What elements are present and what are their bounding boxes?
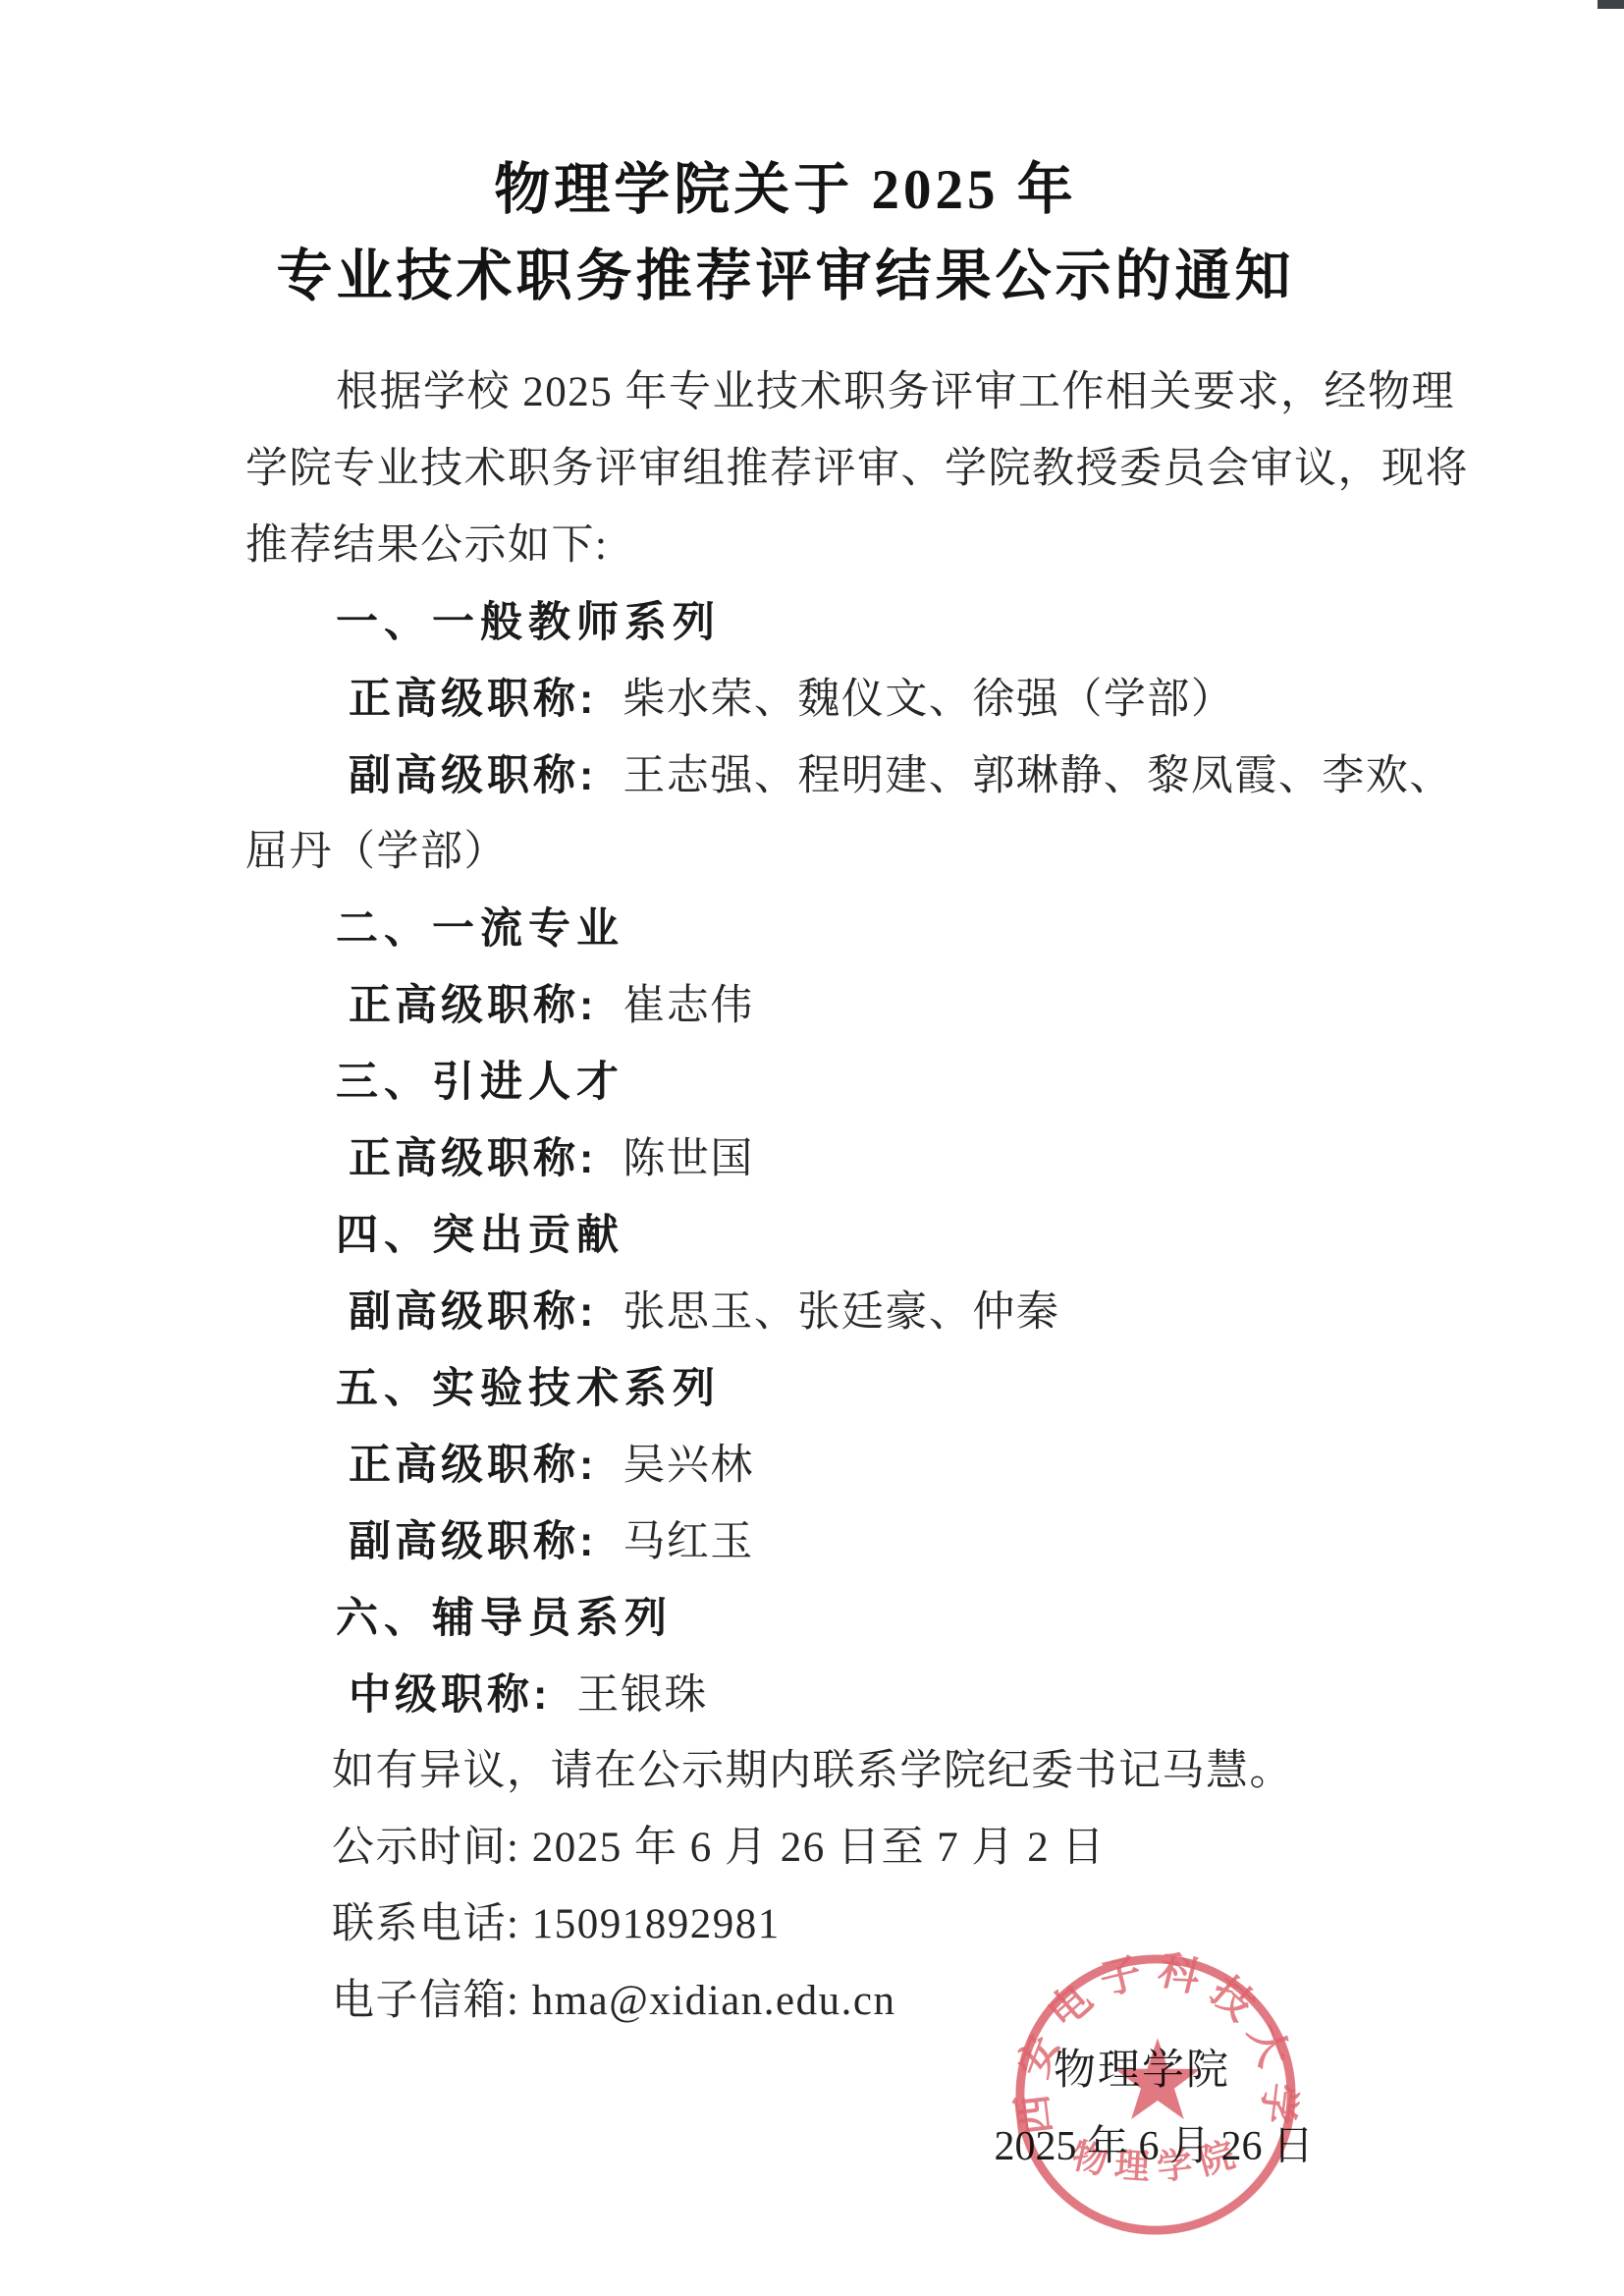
body-line: 中级职称:王银珠 bbox=[245, 1657, 1434, 1733]
line-label: 中级职称: bbox=[349, 1671, 551, 1719]
line-label: 副高级职称: bbox=[349, 1288, 597, 1336]
line-label: 正高级职称: bbox=[349, 1135, 597, 1182]
scanned-notice-page: 物理学院关于 2025 年 专业技术职务推荐评审结果公示的通知 根据学校 202… bbox=[0, 0, 1624, 2296]
line-text: 张思玉、张廷豪、仲秦 bbox=[623, 1289, 1059, 1336]
line-text: 根据学校 2025 年专业技术职务评审工作相关要求，经物理 bbox=[336, 369, 1455, 415]
body-line: 正高级职称:崔志伟 bbox=[245, 967, 1434, 1044]
svg-text:西安电子科技大学: 西安电子科技大学 bbox=[1009, 1948, 1302, 2138]
body-line: 正高级职称:吴兴林 bbox=[245, 1427, 1434, 1503]
line-text: 崔志伟 bbox=[623, 983, 754, 1029]
body-line: 二、一流专业 bbox=[245, 891, 1434, 967]
official-seal-stamp: 西安电子科技大学 物理学院 bbox=[1009, 1948, 1302, 2241]
line-label: 三、引进人才 bbox=[336, 1059, 624, 1106]
body-line: 六、辅导员系列 bbox=[245, 1580, 1434, 1657]
line-label: 一、一般教师系列 bbox=[336, 599, 721, 646]
body-line: 副高级职称:马红玉 bbox=[245, 1503, 1434, 1580]
title-line-1: 物理学院关于 2025 年 bbox=[0, 147, 1571, 234]
line-text: 如有异议，请在公示期内联系学院纪委书记马慧。 bbox=[332, 1748, 1293, 1794]
body-line: 公示时间: 2025 年 6 月 26 日至 7 月 2 日 bbox=[245, 1810, 1434, 1886]
body-line: 正高级职称:陈世国 bbox=[245, 1121, 1434, 1197]
body-line: 根据学校 2025 年专业技术职务评审工作相关要求，经物理 bbox=[245, 355, 1434, 431]
line-text: 柴水荣、魏仪文、徐强（学部） bbox=[623, 677, 1234, 723]
body-line: 推荐结果公示如下: bbox=[245, 508, 1434, 584]
seal-inner-text: 物理学院 bbox=[1068, 2132, 1249, 2187]
line-label: 副高级职称: bbox=[349, 1518, 597, 1565]
line-label: 正高级职称: bbox=[349, 1442, 597, 1489]
line-text: 公示时间: 2025 年 6 月 26 日至 7 月 2 日 bbox=[332, 1825, 1106, 1871]
line-text: 陈世国 bbox=[623, 1136, 754, 1182]
body-line: 正高级职称:柴水荣、魏仪文、徐强（学部） bbox=[245, 661, 1434, 738]
line-text: 王银珠 bbox=[576, 1672, 708, 1719]
line-text: 吴兴林 bbox=[623, 1443, 754, 1489]
document-title: 物理学院关于 2025 年 专业技术职务推荐评审结果公示的通知 bbox=[0, 147, 1571, 320]
line-text: 屈丹（学部） bbox=[245, 829, 508, 875]
body-line: 副高级职称:张思玉、张廷豪、仲秦 bbox=[245, 1274, 1434, 1350]
line-label: 六、辅导员系列 bbox=[336, 1595, 673, 1642]
line-text: 王志强、程明建、郭琳静、黎凤霞、李欢、 bbox=[623, 753, 1453, 799]
line-label: 正高级职称: bbox=[349, 982, 597, 1029]
body-line: 如有异议，请在公示期内联系学院纪委书记马慧。 bbox=[245, 1733, 1434, 1810]
body-line: 三、引进人才 bbox=[245, 1044, 1434, 1121]
line-label: 五、实验技术系列 bbox=[336, 1365, 721, 1412]
line-text: 学院专业技术职务评审组推荐评审、学院教授委员会审议，现将 bbox=[245, 446, 1469, 492]
line-label: 二、一流专业 bbox=[336, 905, 624, 953]
line-text: 电子信箱: hma@xidian.edu.cn bbox=[332, 1978, 895, 2024]
line-text: 马红玉 bbox=[623, 1519, 754, 1565]
body-line: 学院专业技术职务评审组推荐评审、学院教授委员会审议，现将 bbox=[245, 431, 1434, 508]
scan-artifact-mark bbox=[1597, 0, 1624, 9]
line-text: 联系电话: 15091892981 bbox=[332, 1901, 781, 1947]
title-line-2: 专业技术职务推荐评审结果公示的通知 bbox=[0, 234, 1571, 320]
body-line: 四、突出贡献 bbox=[245, 1197, 1434, 1274]
line-text: 推荐结果公示如下: bbox=[245, 522, 608, 569]
body-line: 一、一般教师系列 bbox=[245, 584, 1434, 661]
document-body: 根据学校 2025 年专业技术职务评审工作相关要求，经物理 学院专业技术职务评审… bbox=[245, 355, 1434, 2040]
seal-star-icon bbox=[1115, 2038, 1201, 2119]
line-label: 四、突出贡献 bbox=[336, 1212, 624, 1259]
body-line: 五、实验技术系列 bbox=[245, 1350, 1434, 1427]
seal-outer-text: 西安电子科技大学 bbox=[1009, 1948, 1302, 2138]
line-label: 正高级职称: bbox=[349, 676, 597, 723]
line-label: 副高级职称: bbox=[349, 752, 597, 799]
body-line: 屈丹（学部） bbox=[245, 814, 1434, 891]
svg-text:物理学院: 物理学院 bbox=[1068, 2132, 1249, 2187]
body-line: 副高级职称:王志强、程明建、郭琳静、黎凤霞、李欢、 bbox=[245, 738, 1434, 814]
